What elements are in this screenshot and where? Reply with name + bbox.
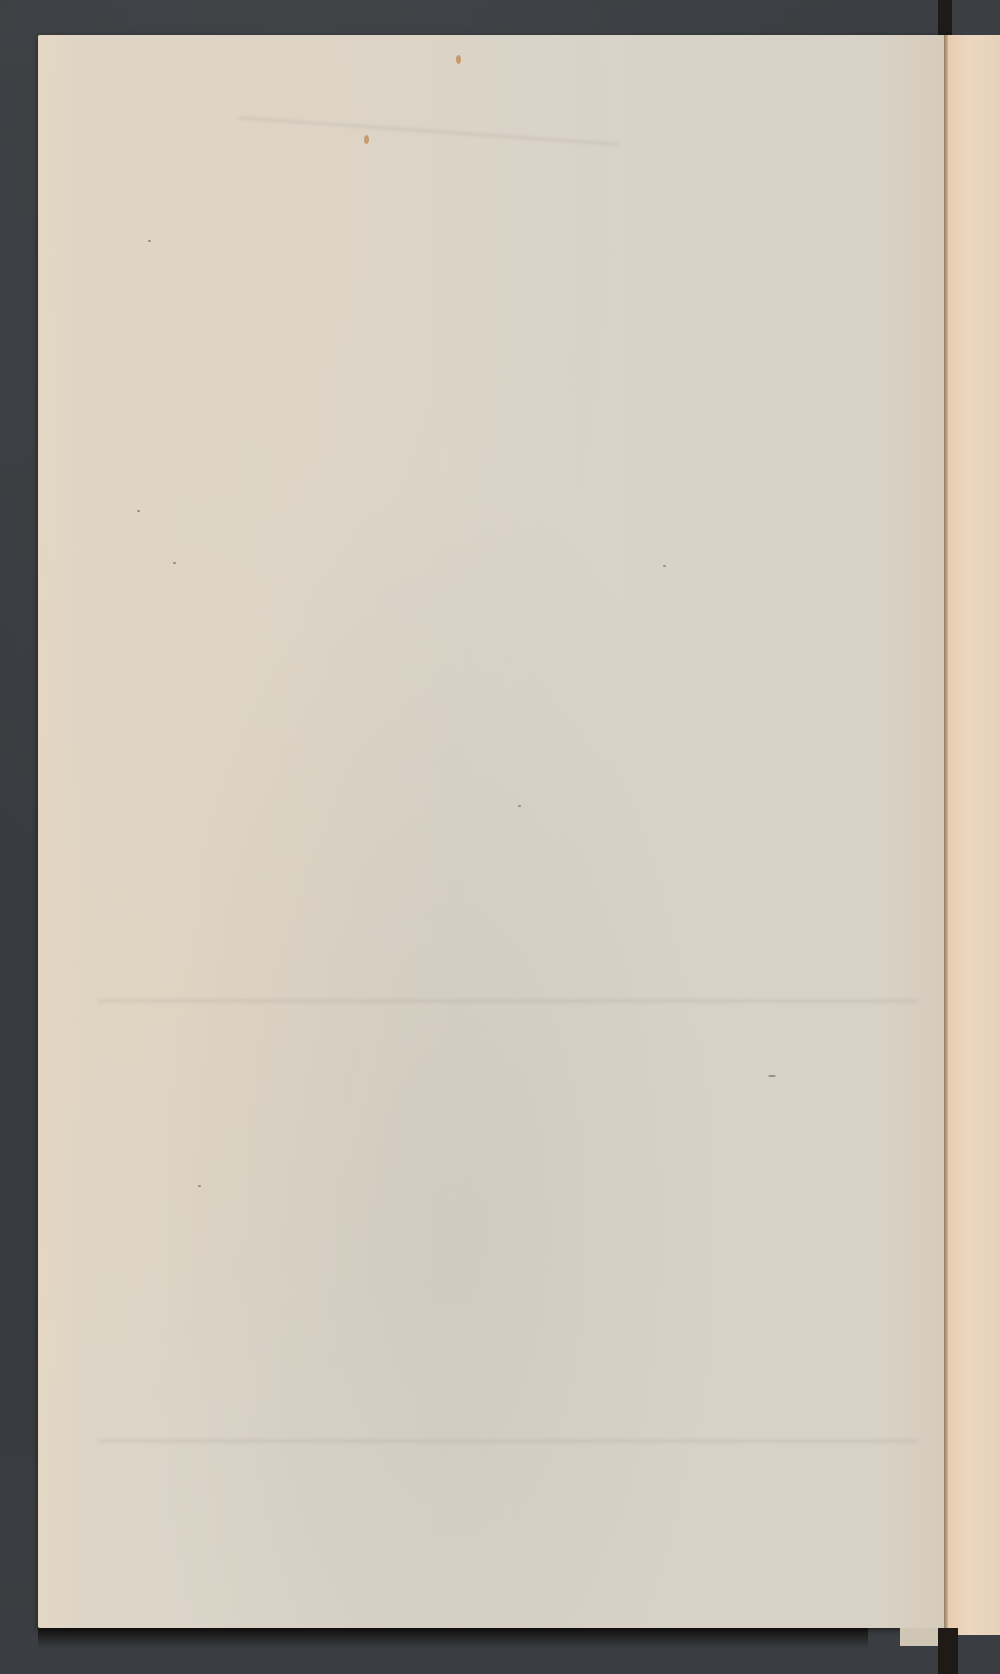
paper-speck xyxy=(518,805,521,807)
page-corner xyxy=(900,1628,938,1646)
paper-speck xyxy=(198,1185,201,1187)
paper-crease xyxy=(238,117,617,146)
paper-speck xyxy=(148,240,151,242)
blank-page xyxy=(38,35,948,1628)
paper-speck xyxy=(663,565,666,567)
book-spine-bottom xyxy=(938,1628,958,1674)
paper-speck xyxy=(173,562,176,564)
paper-speck xyxy=(768,1075,776,1077)
book-spine-top xyxy=(938,0,952,35)
paper-blemish xyxy=(364,135,369,144)
page-shadow xyxy=(38,1628,868,1648)
paper-speck xyxy=(137,510,140,512)
adjacent-page-edge xyxy=(948,35,1000,1635)
paper-blemish xyxy=(456,55,461,64)
paper-crease xyxy=(98,1000,918,1002)
paper-crease xyxy=(98,1440,918,1442)
